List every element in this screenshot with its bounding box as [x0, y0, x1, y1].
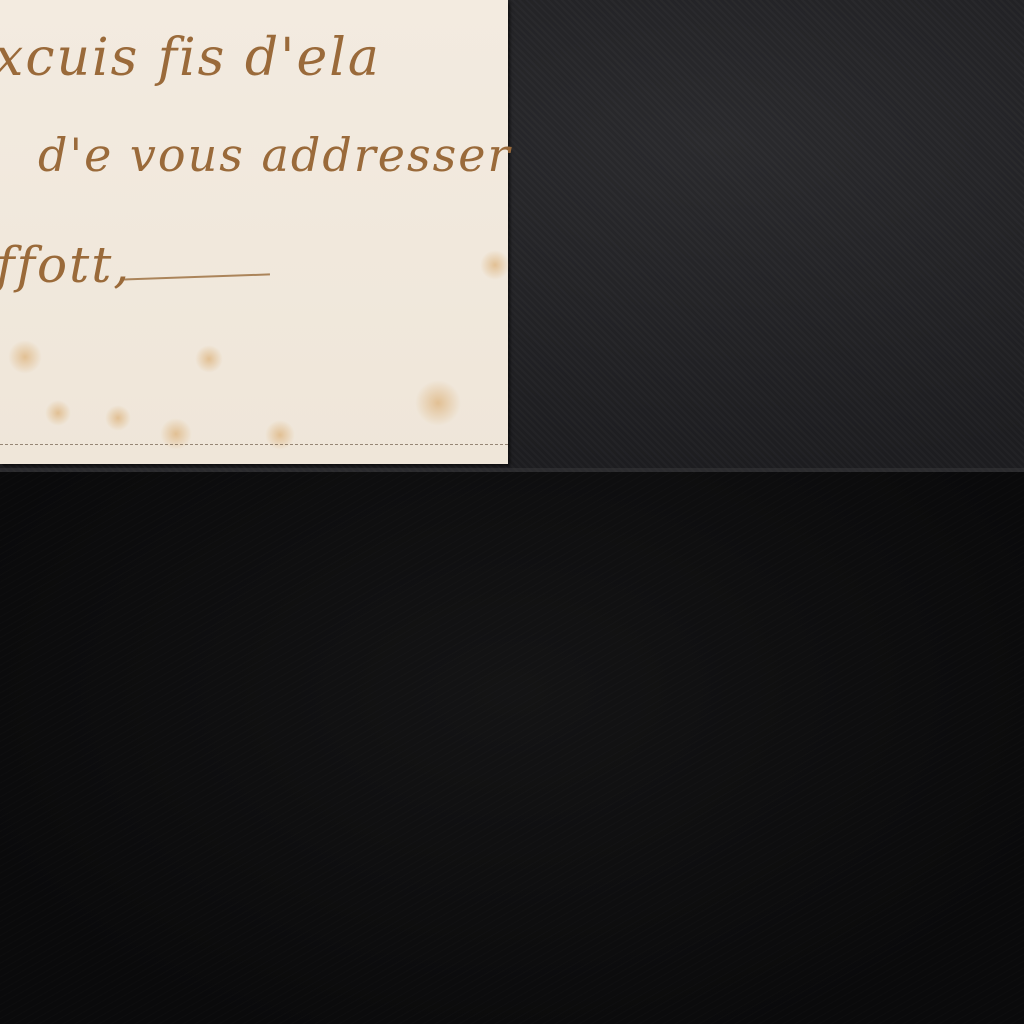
lower-fabric-background — [0, 472, 1024, 1024]
foxing-stain — [195, 345, 223, 373]
handwriting-line-3: ffott, — [0, 236, 131, 294]
handwriting-line-1: xcuis fis d'ela — [0, 28, 381, 88]
pen-flourish — [120, 273, 270, 280]
paper-fold-line — [0, 444, 508, 447]
foxing-stain — [8, 340, 42, 374]
handwriting-line-2: d'e vous addresser — [38, 128, 511, 182]
foxing-stain — [480, 250, 510, 280]
foxing-stain — [415, 380, 461, 426]
foxing-stain — [45, 400, 71, 426]
fabric-seam — [0, 468, 1024, 472]
manuscript-paper: xcuis fis d'ela d'e vous addresser ffott… — [0, 0, 508, 464]
foxing-stain — [105, 405, 131, 431]
